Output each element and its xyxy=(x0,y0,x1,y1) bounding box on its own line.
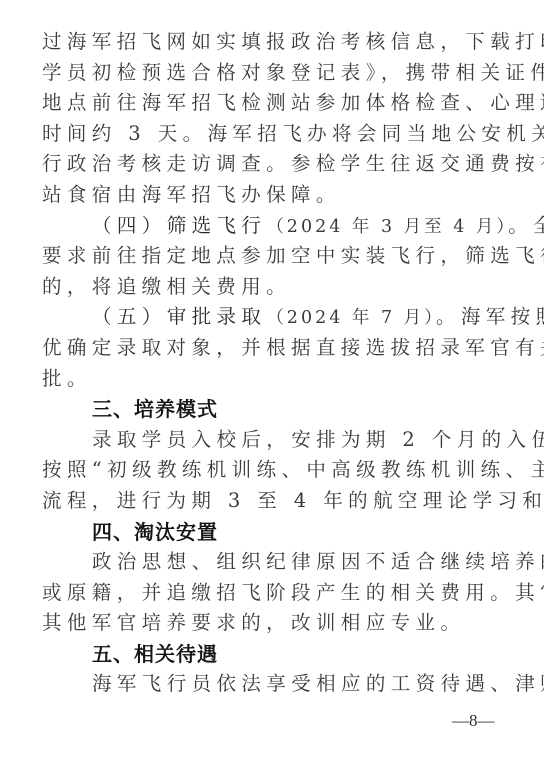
body-line: 优确定录取对象，并根据直接选拔招录军官有关规定逐级上报审 xyxy=(42,333,494,364)
body-line: 批。 xyxy=(42,364,494,395)
body-line: 录取学员入校后，安排为期 2 个月的入伍训练和当兵锻炼， xyxy=(42,425,494,456)
subsection-label: （五）审批录取 xyxy=(92,305,266,328)
body-line: 行政治考核走访调查。参检学生往返交通费按有关规定报销，在 xyxy=(42,149,494,180)
subsection-approval-admission: （五）审批录取（2024 年 7 月）。海军按照筛选飞行成绩择 xyxy=(42,302,494,333)
section-heading-benefits: 五、相关待遇 xyxy=(42,639,494,670)
body-line: 或原籍，并追缴招飞阶段产生的相关费用。其它原因停飞但符合 xyxy=(42,578,494,609)
body-line: 站食宿由海军招飞办保障。 xyxy=(42,180,494,211)
subsection-date: （2024 年 3 月至 4 月） xyxy=(266,217,508,237)
section-heading-elimination: 四、淘汰安置 xyxy=(42,517,494,548)
body-line: 其他军官培养要求的，改训相应专业。 xyxy=(42,608,494,639)
page-number: —8— xyxy=(452,711,495,731)
document-body: 过海军招飞网如实填报政治考核信息，下载打印《海军招收飞行 学员初检预选合格对象登… xyxy=(42,27,494,700)
section-heading-training-mode: 三、培养模式 xyxy=(42,394,494,425)
subsection-screening-flight: （四）筛选飞行（2024 年 3 月至 4 月）。全检定选合格对象按 xyxy=(42,211,494,242)
body-line: 海军飞行员依法享受相应的工资待遇、津贴补贴、免费医疗、 xyxy=(42,669,494,700)
body-line: 学员初检预选合格对象登记表》，携带相关证件材料按指定时间 xyxy=(42,58,494,89)
body-line: 地点前往海军招飞检测站参加体格检查、心理选拔和政治考核， xyxy=(42,88,494,119)
body-line: 要求前往指定地点参加空中实装飞行，筛选飞行合格后主动放弃 xyxy=(42,241,494,272)
subsection-text: 。海军按照筛选飞行成绩择 xyxy=(436,305,544,328)
subsection-text: 。全检定选合格对象按 xyxy=(508,214,544,237)
subsection-date: （2024 年 7 月） xyxy=(266,308,436,328)
subsection-label: （四）筛选飞行 xyxy=(92,214,266,237)
body-line: 按照“初级教练机训练、中高级教练机训练、主战机型改装训练” xyxy=(42,455,494,486)
body-line: 时间约 3 天。海军招飞办将会同当地公安机关对检测合格学生进 xyxy=(42,119,494,150)
body-line: 流程，进行为期 3 至 4 年的航空理论学习和飞行训练。 xyxy=(42,486,494,517)
body-line: 政治思想、组织纪律原因不适合继续培养的，退回毕业院校 xyxy=(42,547,494,578)
document-page: 过海军招飞网如实填报政治考核信息，下载打印《海军招收飞行 学员初检预选合格对象登… xyxy=(0,0,544,760)
body-line: 过海军招飞网如实填报政治考核信息，下载打印《海军招收飞行 xyxy=(42,27,494,58)
body-line: 的，将追缴相关费用。 xyxy=(42,272,494,303)
